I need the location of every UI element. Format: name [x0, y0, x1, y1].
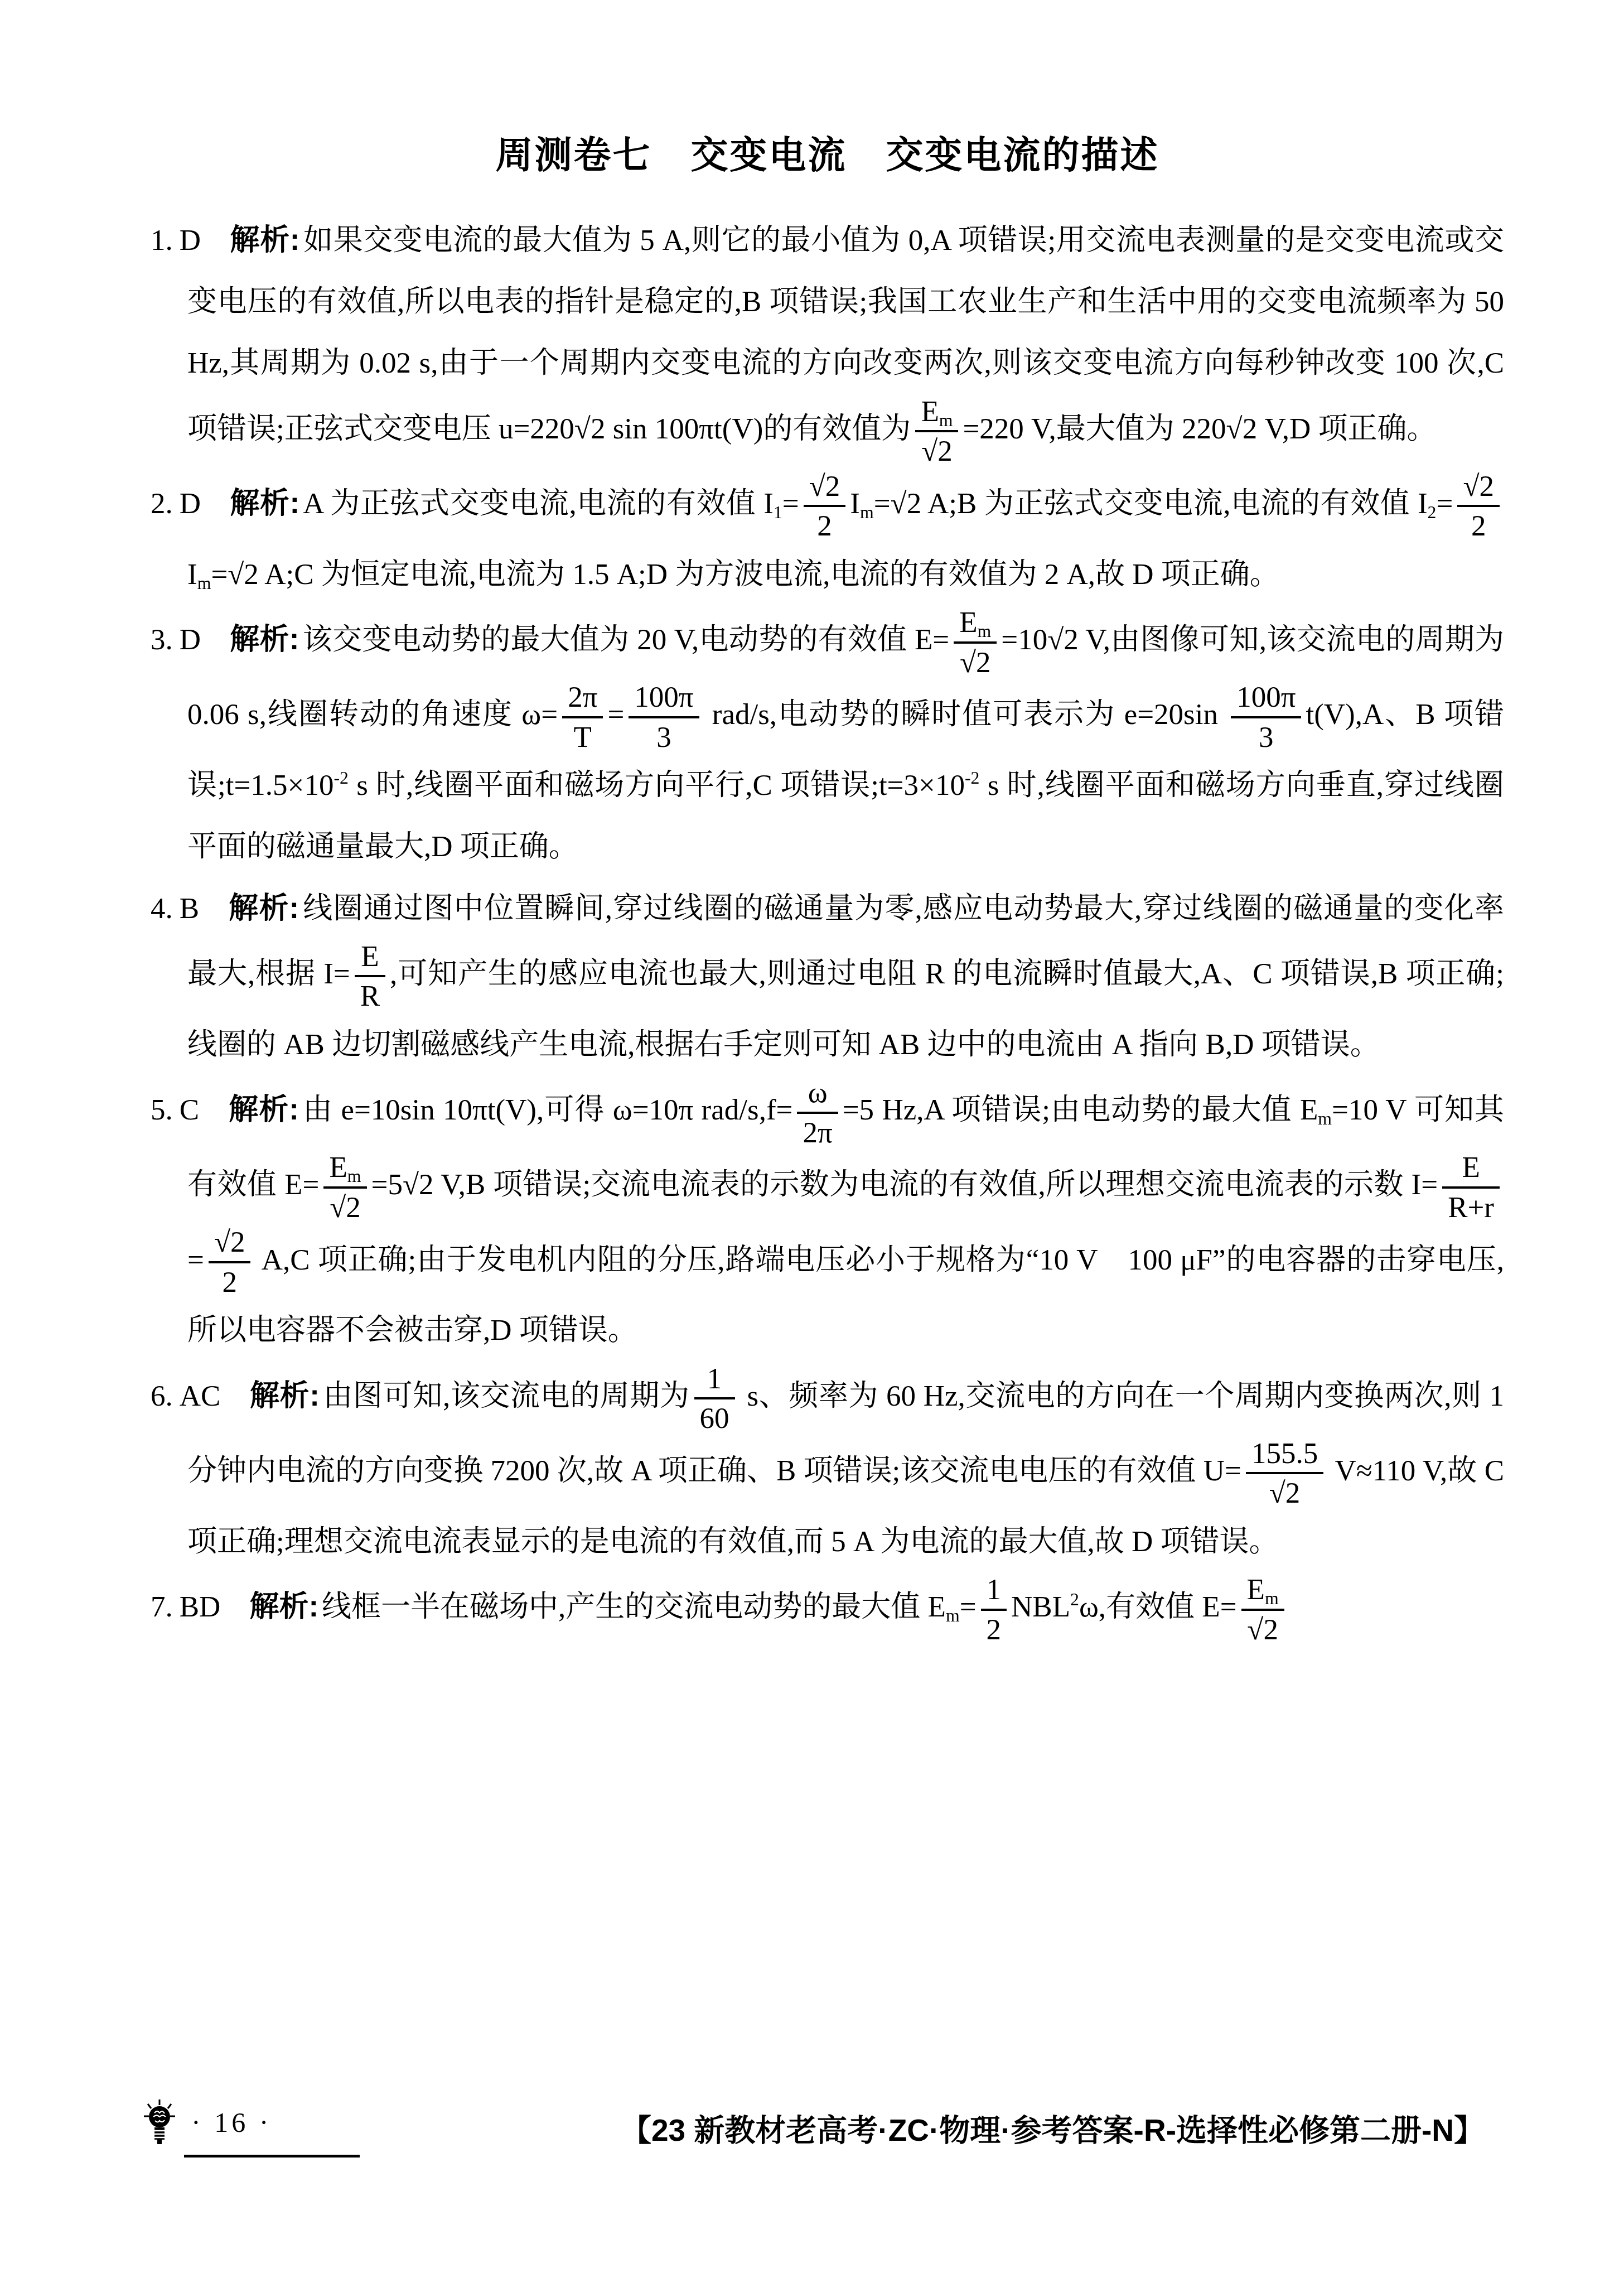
explanation-label: 解析:: [230, 623, 299, 656]
answers-list: 1.D解析:如果交变电流的最大值为 5 A,则它的最小值为 0,A 项错误;用交…: [151, 210, 1504, 1647]
footer-page-block: · 16 ·: [142, 2098, 294, 2157]
fraction: 100π3: [629, 680, 699, 755]
item-answer: B: [180, 892, 199, 925]
item-answer: AC: [180, 1380, 221, 1412]
item-answer: D: [180, 488, 201, 520]
item-text: 由 e=10sin 10πt(V),可得 ω=10π rad/s,f=ω2π=5…: [187, 1094, 1504, 1346]
fraction: Em√2: [1241, 1572, 1284, 1647]
fraction: Em√2: [323, 1150, 366, 1225]
fraction: 100π3: [1231, 680, 1301, 755]
page-footer: · 16 · 【23 新教材老高考·ZC·物理·参考答案-R-选择性必修第二册-…: [142, 2098, 1485, 2157]
item-answer: D: [180, 224, 201, 257]
page-number: · 16 ·: [191, 2106, 272, 2139]
item-text: 线框一半在磁场中,产生的交流电动势的最大值 Em=12NBL2ω,有效值 E=E…: [322, 1591, 1289, 1623]
fraction: Em√2: [915, 394, 958, 469]
explanation-label: 解析:: [230, 224, 299, 257]
answer-item: 7.BD解析:线框一半在磁场中,产生的交流电动势的最大值 Em=12NBL2ω,…: [151, 1572, 1504, 1647]
fraction: 155.5√2: [1246, 1436, 1323, 1511]
footer-rule: [184, 2155, 360, 2157]
item-answer: C: [180, 1094, 199, 1126]
item-text: 线圈通过图中位置瞬间,穿过线圈的磁通量为零,感应电动势最大,穿过线圈的磁通量的变…: [187, 892, 1504, 1061]
item-number: 3.: [151, 624, 173, 656]
answer-item: 5.C解析:由 e=10sin 10πt(V),可得 ω=10π rad/s,f…: [151, 1075, 1504, 1361]
document-page: 周测卷七 交变电流 交变电流的描述 1.D解析:如果交变电流的最大值为 5 A,…: [0, 0, 1624, 2283]
item-answer: BD: [180, 1591, 221, 1623]
item-number: 4.: [151, 892, 173, 925]
item-number: 7.: [151, 1591, 173, 1623]
page-title: 周测卷七 交变电流 交变电流的描述: [151, 126, 1504, 179]
item-number: 6.: [151, 1380, 173, 1412]
fraction: 2πT: [562, 680, 603, 755]
item-number: 2.: [151, 488, 173, 520]
answer-item: 2.D解析:A 为正弦式交变电流,电流的有效值 I1=√22Im=√2 A;B …: [151, 469, 1504, 605]
fraction: Em√2: [954, 605, 997, 680]
item-answer: D: [180, 624, 201, 656]
lightbulb-icon: [142, 2098, 177, 2146]
explanation-label: 解析:: [228, 892, 299, 925]
item-number: 5.: [151, 1094, 173, 1126]
fraction: 12: [981, 1572, 1007, 1647]
fraction: √22: [1457, 469, 1500, 544]
answer-item: 6.AC解析:由图可知,该交流电的周期为160 s、频率为 60 Hz,交流电的…: [151, 1362, 1504, 1572]
explanation-label: 解析:: [249, 1379, 319, 1412]
item-text: A 为正弦式交变电流,电流的有效值 I1=√22Im=√2 A;B 为正弦式交变…: [187, 488, 1504, 591]
footer-source: 【23 新教材老高考·ZC·物理·参考答案-R-选择性必修第二册-N】: [621, 2106, 1485, 2157]
item-text: 如果交变电流的最大值为 5 A,则它的最小值为 0,A 项错误;用交流电表测量的…: [187, 224, 1504, 445]
fraction: ω2π: [797, 1075, 838, 1150]
answer-item: 1.D解析:如果交变电流的最大值为 5 A,则它的最小值为 0,A 项错误;用交…: [151, 210, 1504, 469]
fraction: √22: [804, 469, 846, 544]
item-text: 该交变电动势的最大值为 20 V,电动势的有效值 E=Em√2=10√2 V,由…: [187, 624, 1504, 863]
item-number: 1.: [151, 224, 173, 257]
answer-item: 4.B解析:线圈通过图中位置瞬间,穿过线圈的磁通量为零,感应电动势最大,穿过线圈…: [151, 878, 1504, 1076]
fraction: ER+r: [1442, 1150, 1500, 1225]
item-text: 由图可知,该交流电的周期为160 s、频率为 60 Hz,交流电的方向在一个周期…: [187, 1380, 1504, 1558]
explanation-label: 解析:: [228, 1093, 299, 1126]
explanation-label: 解析:: [249, 1590, 318, 1623]
answer-item: 3.D解析:该交变电动势的最大值为 20 V,电动势的有效值 E=Em√2=10…: [151, 605, 1504, 878]
fraction: 160: [694, 1362, 735, 1436]
fraction: ER: [355, 939, 385, 1014]
fraction: √22: [209, 1225, 251, 1300]
explanation-label: 解析:: [230, 487, 299, 520]
